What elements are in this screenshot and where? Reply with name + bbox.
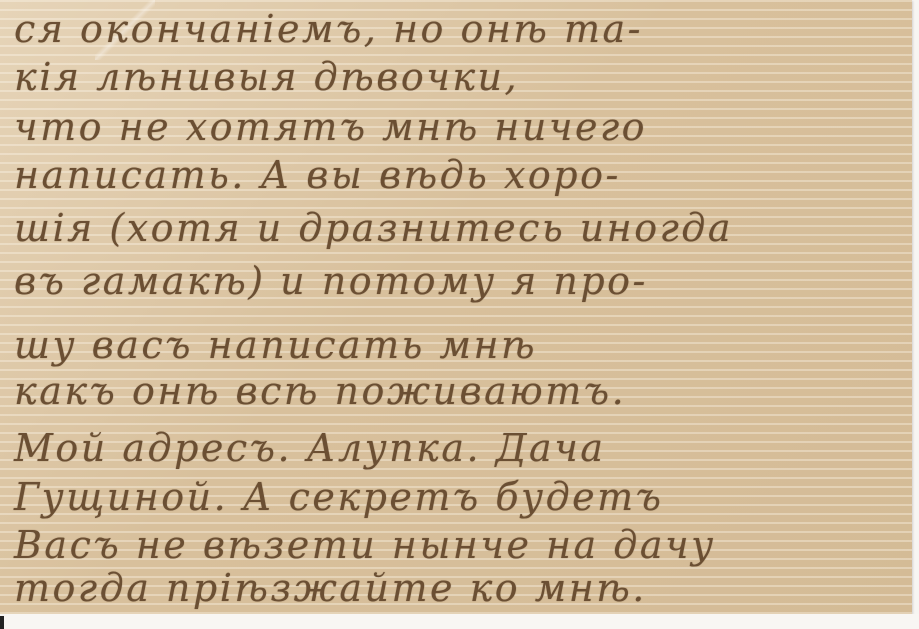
text-line: ся окончанiемъ, но онѣ та- (14, 6, 902, 52)
text-line: какъ онѣ всѣ поживаютъ. (14, 368, 902, 414)
text-line: Мой адресъ. Алупка. Дача (14, 425, 902, 471)
text-line: Гущиной. А секретъ будетъ (14, 474, 902, 520)
text-line: тогда прiѣзжайте ко мнѣ. (14, 565, 902, 611)
text-line: шiя (хотя и дразнитесь иногда (14, 205, 902, 251)
letter-page: ся окончанiемъ, но онѣ та- кiя лѣнивыя д… (0, 0, 912, 614)
text-line: написать. А вы вѣдь хоро- (14, 152, 902, 198)
text-line: шу васъ написать мнѣ (14, 322, 902, 368)
scan-edge-mark (0, 616, 4, 629)
text-line: кiя лѣнивыя дѣвочки, (14, 54, 902, 100)
text-line: что не хотятъ мнѣ ничего (14, 104, 902, 150)
text-line: Васъ не вѣзети нынче на дачу (14, 522, 902, 568)
text-line: въ гамакѣ) и потому я про- (14, 258, 902, 304)
scan-margin (0, 614, 919, 629)
